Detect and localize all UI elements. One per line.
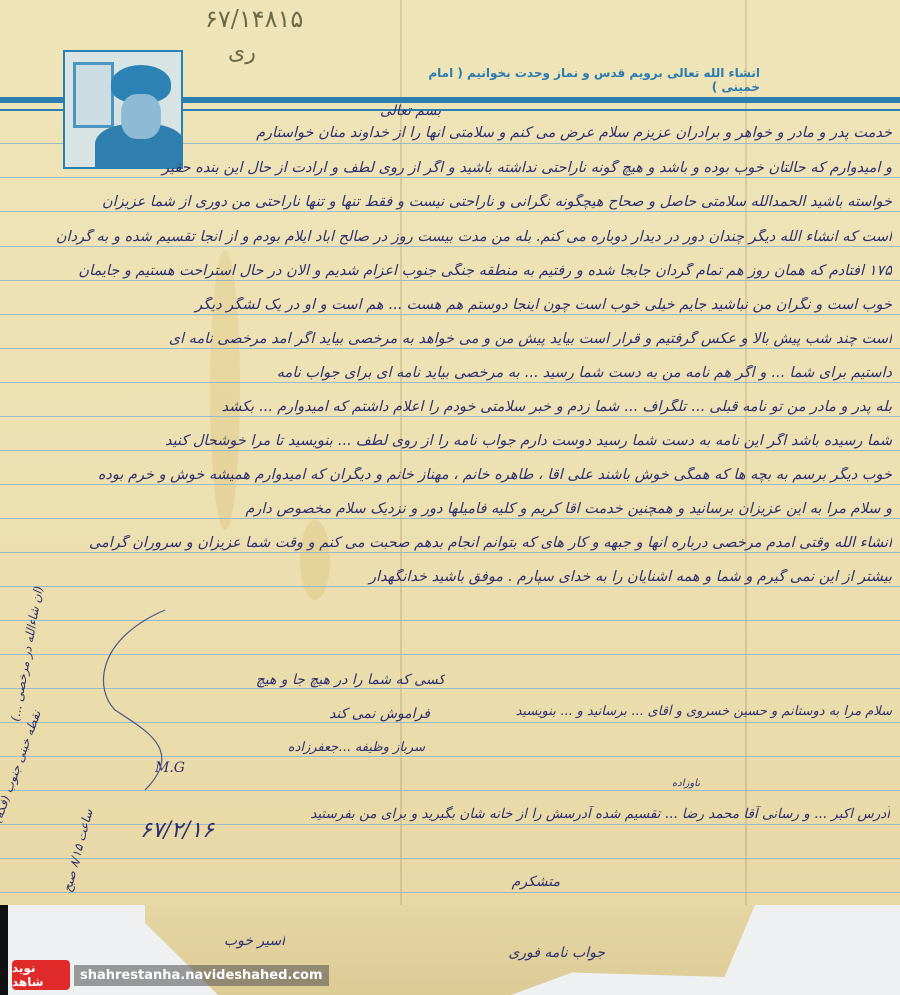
letter-date: ۶۷/۲/۱۶ [140,818,310,843]
body-line: و سلام مرا به این عزیزان برسانید و همچنی… [20,501,892,517]
thanks: متشکرم [490,874,560,890]
body-line: است که انشاء الله دیگر چندان دور در دیدا… [20,229,892,245]
body-line: و امیدوارم که حالتان خوب بوده و باشد و ه… [20,160,892,176]
body-line: انشاء الله وقتی آمدم مرخصی درباره آنها و… [20,535,892,551]
flap-note-left: اسیر خوب [175,933,285,949]
body-line: شما رسیده باشد اگر این نامه به دست شما ر… [20,433,892,449]
flap-note-right: جواب نامه فوری [465,945,605,961]
body-line: بله پدر و مادر من تو نامه قبلی ... تلگرا… [20,399,892,415]
watermark: نوید شاهد shahrestanha.navideshahed.com [12,960,329,990]
address-note: آدرس اکبر ... و رسانی آقا محمد رضا ... ت… [310,806,890,822]
postscript-line: کسی که شما را در هیچ جا و هیچ زمان [255,672,445,688]
navideshahed-logo: نوید شاهد [12,960,70,990]
pen-stroke [55,600,175,800]
margin-note-time: ساعت ۸/۱۵ صبح [60,808,96,894]
body-line: ۱۷۵ افتادم که همان روز هم تمام گردان جاب… [20,263,892,279]
body-line: خوب دیگر برسم به بچه ها که همگی خوش باشن… [20,467,892,483]
stain [300,520,330,600]
body-line: خدمت پدر و مادر و خواهر و برادران عزیزم … [190,125,892,141]
opening-invocation: بسم تعالی [380,103,441,119]
margin-note-location: نقطه خبنی جنوب (فکه) [0,709,44,825]
letterhead-slogan: انشاء الله تعالی برویم قدس و نماز وحدت ب… [420,66,760,94]
scan-border [0,905,8,995]
archive-number: ۶۷/۱۴۸۱۵ [205,5,303,33]
archive-mark: ری [228,40,256,65]
stain [210,250,240,530]
postscript-line: فراموش نمی کند [280,706,430,722]
body-line: است چند شب پیش بالا و عکس گرفتیم و قرار … [20,331,892,347]
signature-name: سرباز وظیفه ...جعفرزاده [255,740,425,755]
body-line: بیشتر از این نمی گیرم و شما و همه آشنایا… [60,569,892,585]
body-line: خواسته باشید الحمدالله سلامتی حاصل و صحا… [20,194,892,210]
body-line: خوب است و نگران من نباشید جایم خیلی خوب … [20,297,892,313]
postscript-greeting: سلام مرا به دوستانم و حسین خسروی و آقای … [500,704,892,719]
note-above: ناوزاده [640,778,700,789]
body-line: داستیم برای شما ... و اگر هم نامه من به … [20,365,892,381]
letter-paper: ۶۷/۱۴۸۱۵ ری انشاء الله تعالی برویم قدس و… [0,0,900,905]
letterhead-portrait [63,50,183,169]
watermark-url: shahrestanha.navideshahed.com [74,965,329,986]
